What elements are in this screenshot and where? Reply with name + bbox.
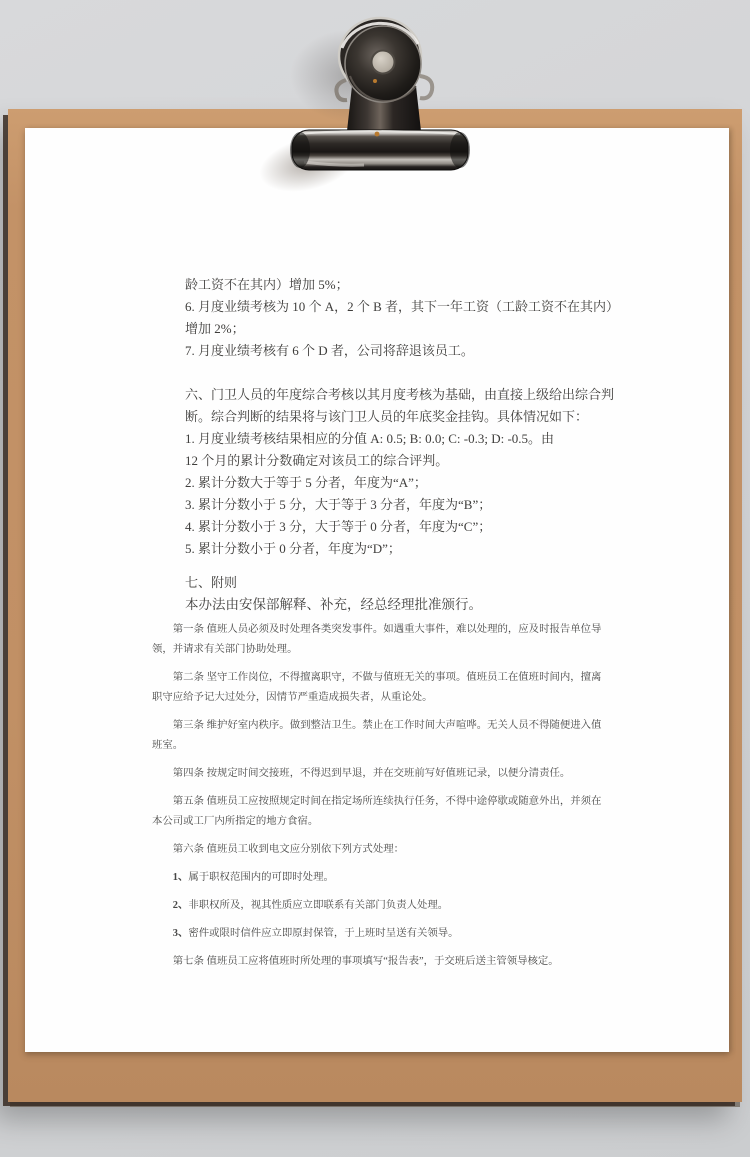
appendix-heading: 七、附则	[185, 572, 605, 594]
article-label: 第六条	[173, 844, 207, 855]
article-label: 第四条	[173, 768, 207, 779]
article-text: 按规定时间交接班，不得迟到早退，并在交班前写好值班记录，以便分清责任。	[207, 768, 571, 779]
article-paragraph: 第三条 维护好室内秩序。做到整洁卫生。禁止在工作时间大声喧哗。无关人员不得随便进…	[152, 716, 608, 756]
article-text: 值班员工收到电文应分别依下列方式处理：	[207, 844, 404, 855]
doc-line: 龄工资不在其内）增加 5%；	[185, 274, 605, 296]
doc-line: 7. 月度业绩考核有 6 个 D 者，公司将辞退该员工。	[185, 340, 605, 362]
article-text: 属于职权范围内的可即时处理。	[188, 872, 333, 883]
article-paragraph: 2、非职权所及，视其性质应立即联系有关部门负责人处理。	[152, 896, 608, 916]
article-label: 第一条	[173, 624, 207, 635]
article-text: 值班人员必须及时处理各类突发事件。如遇重大事件，难以处理的，应及时报告单位导领，…	[152, 624, 601, 655]
article-paragraph: 第一条 值班人员必须及时处理各类突发事件。如遇重大事件，难以处理的，应及时报告单…	[152, 620, 608, 660]
article-label: 2、	[173, 900, 189, 911]
article-paragraph: 第四条 按规定时间交接班，不得迟到早退，并在交班前写好值班记录，以便分清责任。	[152, 764, 608, 784]
appendix-body: 本办法由安保部解释、补充，经总经理批准颁行。	[185, 594, 605, 616]
article-label: 第五条	[173, 796, 207, 807]
metal-bulldog-clip-icon	[270, 16, 490, 184]
doc-line	[185, 362, 605, 384]
document-paper: 龄工资不在其内）增加 5%；6. 月度业绩考核为 10 个 A，2 个 B 者，…	[25, 128, 729, 1052]
article-label: 第三条	[173, 720, 207, 731]
article-label: 第七条	[173, 956, 207, 967]
doc-line: 6. 月度业绩考核为 10 个 A，2 个 B 者，其下一年工资（工龄工资不在其…	[185, 296, 605, 318]
doc-line: 断。综合判断的结果将与该门卫人员的年底奖金挂钩。具体情况如下：	[185, 406, 605, 428]
doc-line: 六、门卫人员的年度综合考核以其月度考核为基础，由直接上级给出综合判	[185, 384, 605, 406]
doc-line: 2. 累计分数大于等于 5 分者，年度为“A”；	[185, 472, 605, 494]
article-label: 1、	[173, 872, 189, 883]
doc-line: 1. 月度业绩考核结果相应的分值 A: 0.5; B: 0.0; C: -0.3…	[185, 428, 605, 450]
article-text: 值班员工应将值班时所处理的事项填写“报告表”，于交班后送主管领导核定。	[207, 956, 559, 967]
article-label: 第二条	[173, 672, 207, 683]
doc-line: 5. 累计分数小于 0 分者，年度为“D”；	[185, 538, 605, 560]
article-text: 非职权所及，视其性质应立即联系有关部门负责人处理。	[188, 900, 448, 911]
article-text: 值班员工应按照规定时间在指定场所连续执行任务，不得中途停歇或随意外出，并须在本公…	[152, 796, 601, 827]
article-paragraph: 第七条 值班员工应将值班时所处理的事项填写“报告表”，于交班后送主管领导核定。	[152, 952, 608, 972]
article-paragraph: 第二条 坚守工作岗位，不得擅离职守，不做与值班无关的事项。值班员工在值班时间内，…	[152, 668, 608, 708]
doc-line: 12 个月的累计分数确定对该员工的综合评判。	[185, 450, 605, 472]
article-paragraph: 1、属于职权范围内的可即时处理。	[152, 868, 608, 888]
article-paragraph: 3、密件或限时信件应立即原封保管，于上班时呈送有关领导。	[152, 924, 608, 944]
doc-line: 4. 累计分数小于 3 分，大于等于 0 分者，年度为“C”；	[185, 516, 605, 538]
article-text: 维护好室内秩序。做到整洁卫生。禁止在工作时间大声喧哗。无关人员不得随便进入值班室…	[152, 720, 601, 751]
document-articles-section: 第一条 值班人员必须及时处理各类突发事件。如遇重大事件，难以处理的，应及时报告单…	[152, 620, 608, 980]
doc-upper-lines: 龄工资不在其内）增加 5%；6. 月度业绩考核为 10 个 A，2 个 B 者，…	[185, 274, 605, 560]
article-paragraph: 第五条 值班员工应按照规定时间在指定场所连续执行任务，不得中途停歇或随意外出，并…	[152, 792, 608, 832]
article-text: 坚守工作岗位，不得擅离职守，不做与值班无关的事项。值班员工在值班时间内，擅离职守…	[152, 672, 601, 703]
article-text: 密件或限时信件应立即原封保管，于上班时呈送有关领导。	[188, 928, 458, 939]
article-label: 3、	[173, 928, 189, 939]
doc-line: 增加 2%；	[185, 318, 605, 340]
document-upper-section: 龄工资不在其内）增加 5%；6. 月度业绩考核为 10 个 A，2 个 B 者，…	[185, 274, 605, 616]
article-paragraph: 第六条 值班员工收到电文应分别依下列方式处理：	[152, 840, 608, 860]
doc-line: 3. 累计分数小于 5 分，大于等于 3 分者，年度为“B”；	[185, 494, 605, 516]
